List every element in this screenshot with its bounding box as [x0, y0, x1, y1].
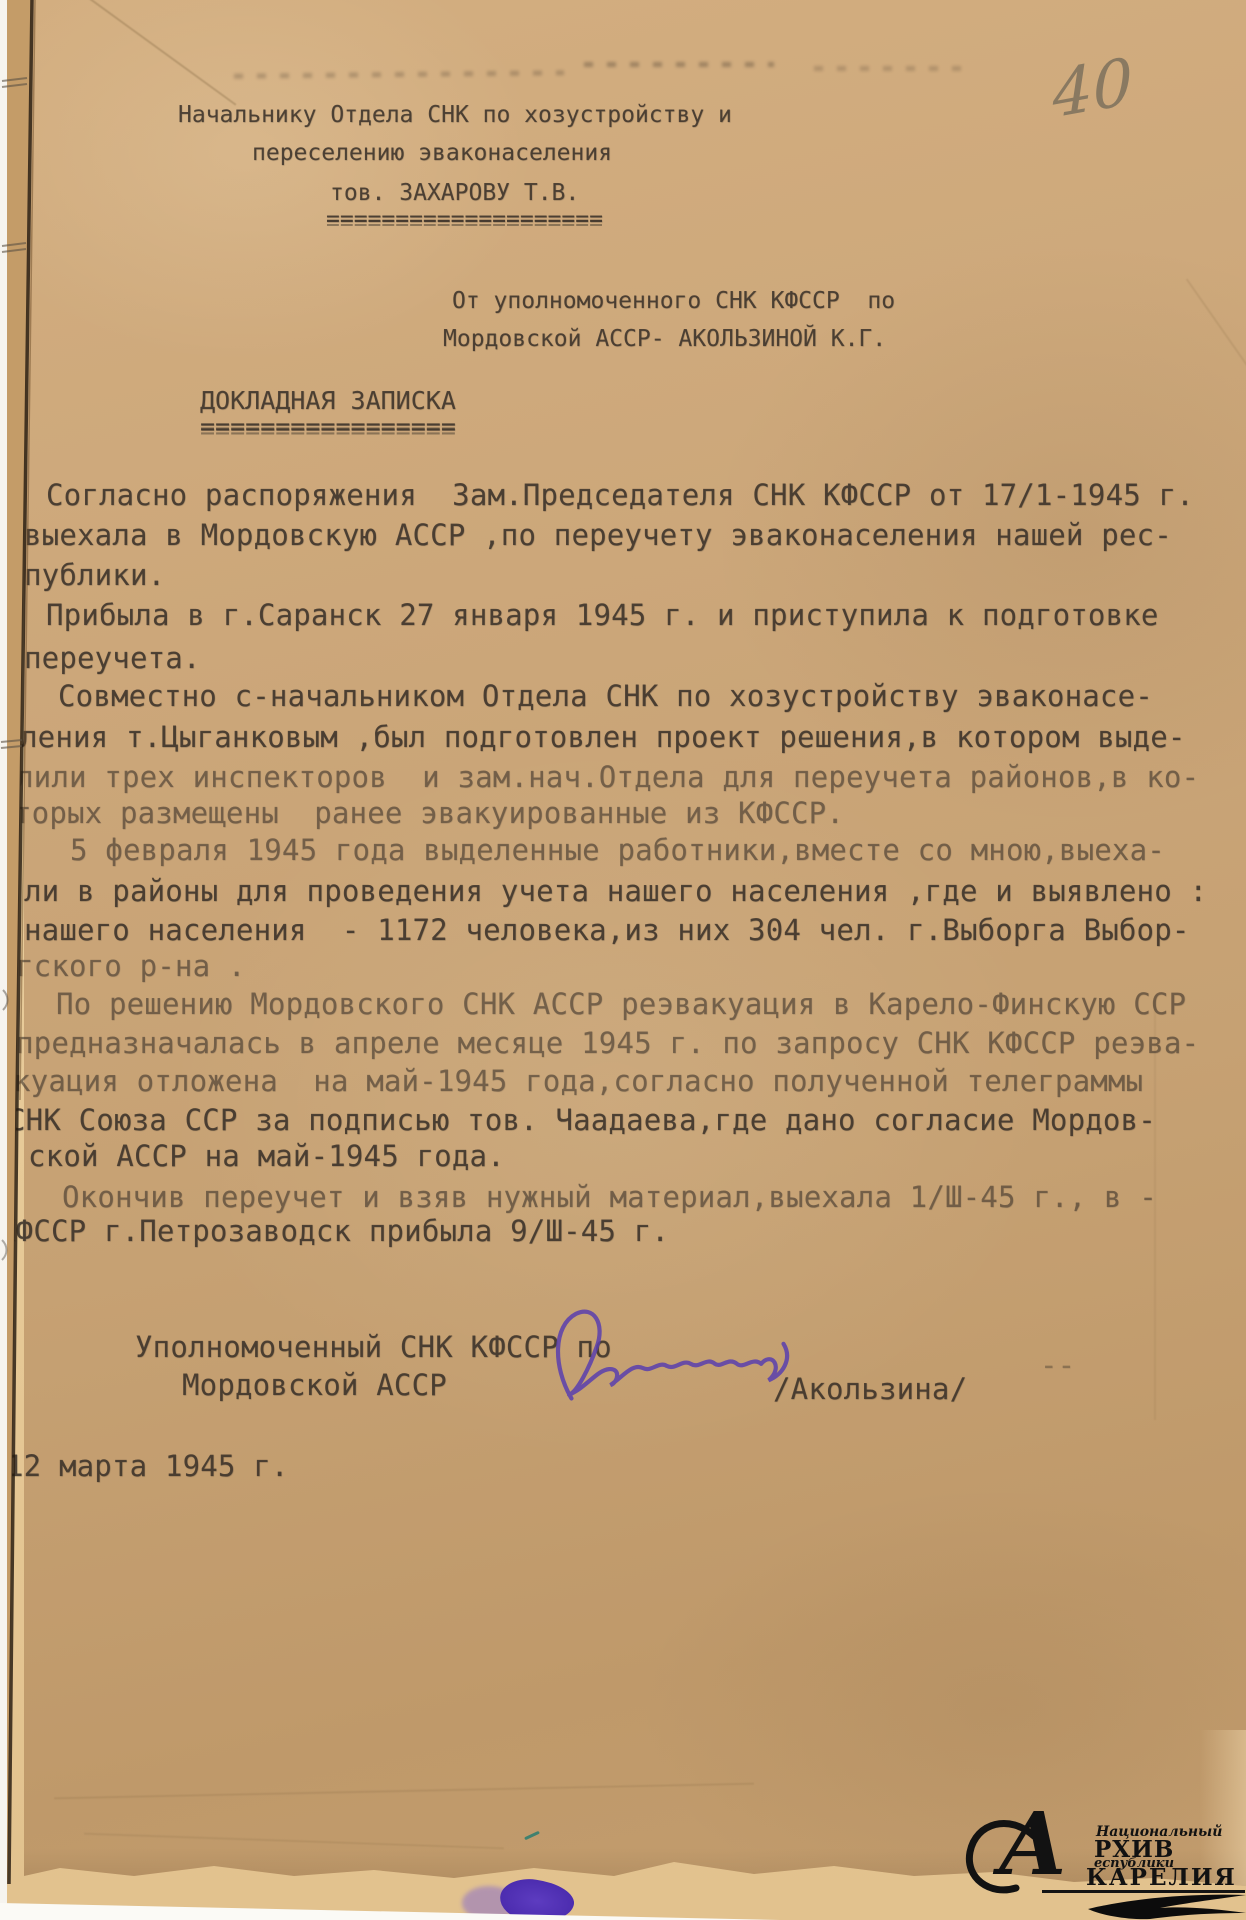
body-line: выехала в Мордовскую АССР ,по переучету … — [24, 518, 1172, 552]
document-date: 12 марта 1945 г. — [6, 1449, 289, 1483]
sender-line: От уполномоченного СНК КФССР по — [452, 288, 895, 314]
scan-background-wedge — [0, 1890, 790, 1920]
crease — [54, 1783, 754, 1800]
body-line: Согласно распоряжения Зам.Председателя С… — [46, 478, 1194, 512]
signature-ink — [527, 1280, 807, 1428]
body-line: 5 февраля 1945 года выделенные работники… — [70, 833, 1165, 867]
body-line: ли в районы для проведения учета нашего … — [24, 874, 1207, 908]
body-line: нашего населения - 1172 человека,из них … — [24, 913, 1190, 947]
body-line: КФССР г.Петрозаводск прибыла 9/Ш-45 г. — [0, 1214, 669, 1248]
scanned-document: 40 Начальнику Отдела СНК по хозустройств… — [0, 0, 1246, 1920]
title-underline: ================= — [200, 412, 456, 441]
body-line: предназначалась в апреле месяце 1945 г. … — [16, 1026, 1199, 1060]
recipient-underline: ==================== — [326, 206, 603, 232]
body-line: гского р-на . — [16, 949, 246, 983]
crease — [1186, 279, 1246, 444]
page-number-handwritten: 40 — [1051, 45, 1134, 134]
body-line: ской АССР на май-1945 года. — [28, 1139, 505, 1173]
document-title: ДОКЛАДНАЯ ЗАПИСКА — [200, 386, 456, 415]
stray-mark: -- — [1040, 1348, 1075, 1382]
recipient-name: тов. ЗАХАРОВУ Т.В. — [330, 180, 579, 206]
recipient-line: Начальнику Отдела СНК по хозустройству и — [178, 102, 732, 128]
crease — [84, 1833, 504, 1850]
body-line: Прибыла в г.Саранск 27 января 1945 г. и … — [46, 598, 1159, 632]
body-line: По решению Мордовского СНК АССР реэвакуа… — [56, 987, 1186, 1021]
body-line: ления т.Цыганковым ,был подготовлен прое… — [20, 720, 1186, 754]
body-line: Окончив переучет и взяв нужный материал,… — [62, 1180, 1157, 1214]
body-line: лили трех инспекторов и зам.нач.Отдела д… — [16, 760, 1199, 794]
quill-icon — [1088, 1893, 1246, 1920]
signoff-line: Мордовской АССР — [182, 1368, 447, 1402]
watermark-swash — [962, 1818, 1052, 1898]
body-line: переучета. — [24, 641, 201, 675]
crease — [82, 0, 237, 106]
sender-line: Мордовской АССР- АКОЛЬЗИНОЙ К.Г. — [443, 326, 886, 352]
body-line: СНК Союза ССР за подписью тов. Чаадаева,… — [8, 1103, 1156, 1137]
body-line: Совместно с-начальником Отдела СНК по хо… — [58, 679, 1153, 713]
body-line: торых размещены ранее эвакуированные из … — [14, 796, 844, 830]
bleedthrough-smudge — [584, 62, 774, 67]
recipient-line: переселению эваконаселения — [252, 140, 612, 166]
bleedthrough-smudge — [814, 66, 964, 71]
bleedthrough-smudge — [234, 70, 564, 78]
book-spine-edge — [0, 0, 46, 1920]
watermark-line4: КАРЕЛИЯ — [1086, 1864, 1237, 1891]
body-line: куация отложена на май-1945 года,согласн… — [13, 1064, 1143, 1098]
